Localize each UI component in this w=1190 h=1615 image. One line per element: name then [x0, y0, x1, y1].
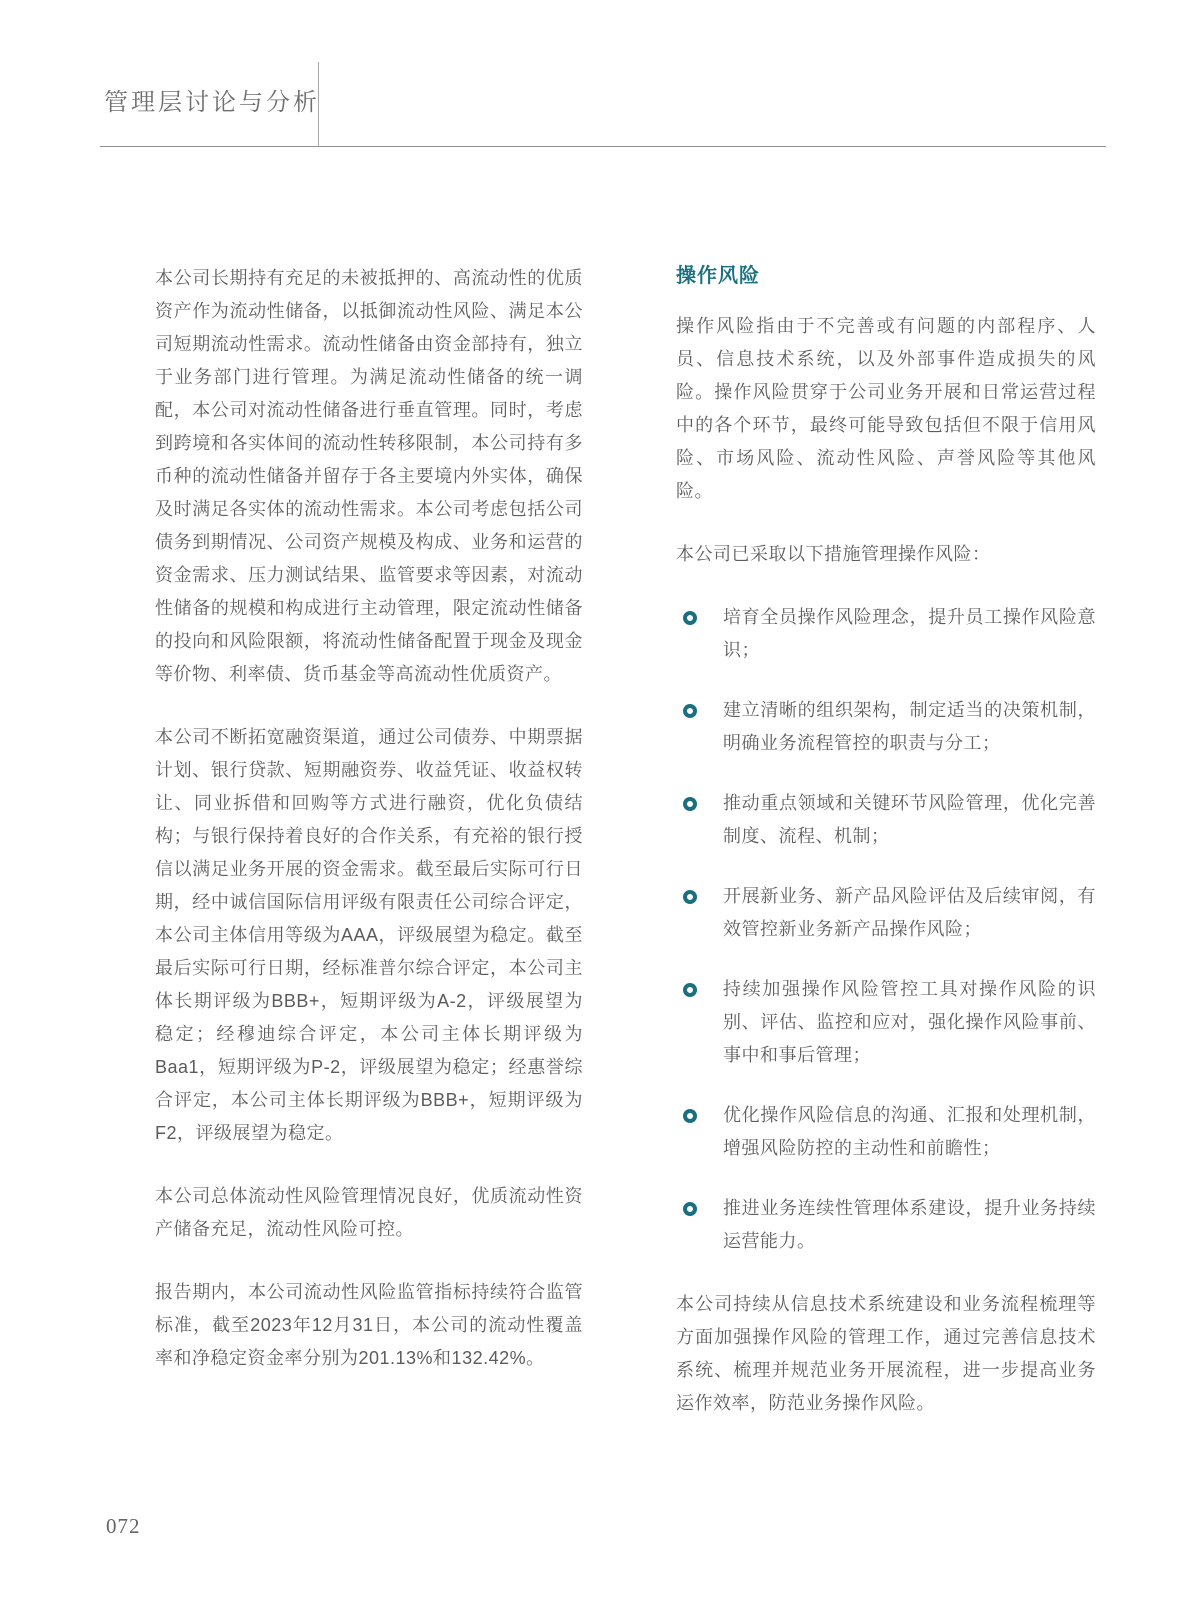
list-item: 培育全员操作风险理念，提升员工操作风险意识； — [676, 601, 1096, 667]
report-page: 管理层讨论与分析 本公司长期持有充足的未被抵押的、高流动性的优质资产作为流动性储… — [0, 0, 1190, 1615]
paragraph-regulatory-indicators: 报告期内，本公司流动性风险监管指标持续符合监管标准，截至2023年12月31日，… — [155, 1276, 583, 1375]
list-item-text: 开展新业务、新产品风险评估及后续审阅，有效管控新业务新产品操作风险； — [723, 880, 1096, 946]
list-item: 开展新业务、新产品风险评估及后续审阅，有效管控新业务新产品操作风险； — [676, 880, 1096, 946]
list-item-text: 建立清晰的组织架构，制定适当的决策机制，明确业务流程管控的职责与分工； — [723, 694, 1096, 760]
list-item-text: 培育全员操作风险理念，提升员工操作风险意识； — [723, 601, 1096, 667]
bullet-ring-icon — [683, 611, 697, 625]
paragraph-operational-risk-definition: 操作风险指由于不完善或有问题的内部程序、人员、信息技术系统，以及外部事件造成损失… — [676, 310, 1096, 508]
right-column: 操作风险 操作风险指由于不完善或有问题的内部程序、人员、信息技术系统，以及外部事… — [676, 262, 1096, 1420]
paragraph-liquidity-summary: 本公司总体流动性风险管理情况良好，优质流动性资产储备充足，流动性风险可控。 — [155, 1180, 583, 1246]
list-item-text: 持续加强操作风险管控工具对操作风险的识别、评估、监控和应对，强化操作风险事前、事… — [723, 973, 1096, 1072]
list-item: 建立清晰的组织架构，制定适当的决策机制，明确业务流程管控的职责与分工； — [676, 694, 1096, 760]
bullet-ring-icon — [683, 797, 697, 811]
list-item-text: 推进业务连续性管理体系建设，提升业务持续运营能力。 — [723, 1192, 1096, 1258]
bullet-ring-icon — [683, 1109, 697, 1123]
paragraph-financing-ratings: 本公司不断拓宽融资渠道，通过公司债券、中期票据计划、银行贷款、短期融资券、收益凭… — [155, 721, 583, 1150]
left-column: 本公司长期持有充足的未被抵押的、高流动性的优质资产作为流动性储备，以抵御流动性风… — [155, 262, 583, 1375]
paragraph-measures-lead: 本公司已采取以下措施管理操作风险： — [676, 538, 1096, 571]
bullet-ring-icon — [683, 1202, 697, 1216]
list-item: 优化操作风险信息的沟通、汇报和处理机制，增强风险防控的主动性和前瞻性； — [676, 1099, 1096, 1165]
paragraph-operational-risk-closing: 本公司持续从信息技术系统建设和业务流程梳理等方面加强操作风险的管理工作，通过完善… — [676, 1288, 1096, 1420]
list-item: 持续加强操作风险管控工具对操作风险的识别、评估、监控和应对，强化操作风险事前、事… — [676, 973, 1096, 1072]
header-vertical-divider — [318, 62, 319, 147]
list-item-text: 优化操作风险信息的沟通、汇报和处理机制，增强风险防控的主动性和前瞻性； — [723, 1099, 1096, 1165]
bullet-ring-icon — [683, 890, 697, 904]
measures-list: 培育全员操作风险理念，提升员工操作风险意识； 建立清晰的组织架构，制定适当的决策… — [676, 601, 1096, 1258]
section-heading-operational-risk: 操作风险 — [676, 262, 1096, 290]
list-item: 推进业务连续性管理体系建设，提升业务持续运营能力。 — [676, 1192, 1096, 1258]
list-item-text: 推动重点领域和关键环节风险管理，优化完善制度、流程、机制； — [723, 787, 1096, 853]
bullet-ring-icon — [683, 704, 697, 718]
page-title: 管理层讨论与分析 — [104, 82, 320, 117]
paragraph-liquidity-reserves: 本公司长期持有充足的未被抵押的、高流动性的优质资产作为流动性储备，以抵御流动性风… — [155, 262, 583, 691]
page-number: 072 — [106, 1514, 141, 1539]
header-horizontal-rule — [100, 146, 1106, 147]
bullet-ring-icon — [683, 983, 697, 997]
list-item: 推动重点领域和关键环节风险管理，优化完善制度、流程、机制； — [676, 787, 1096, 853]
